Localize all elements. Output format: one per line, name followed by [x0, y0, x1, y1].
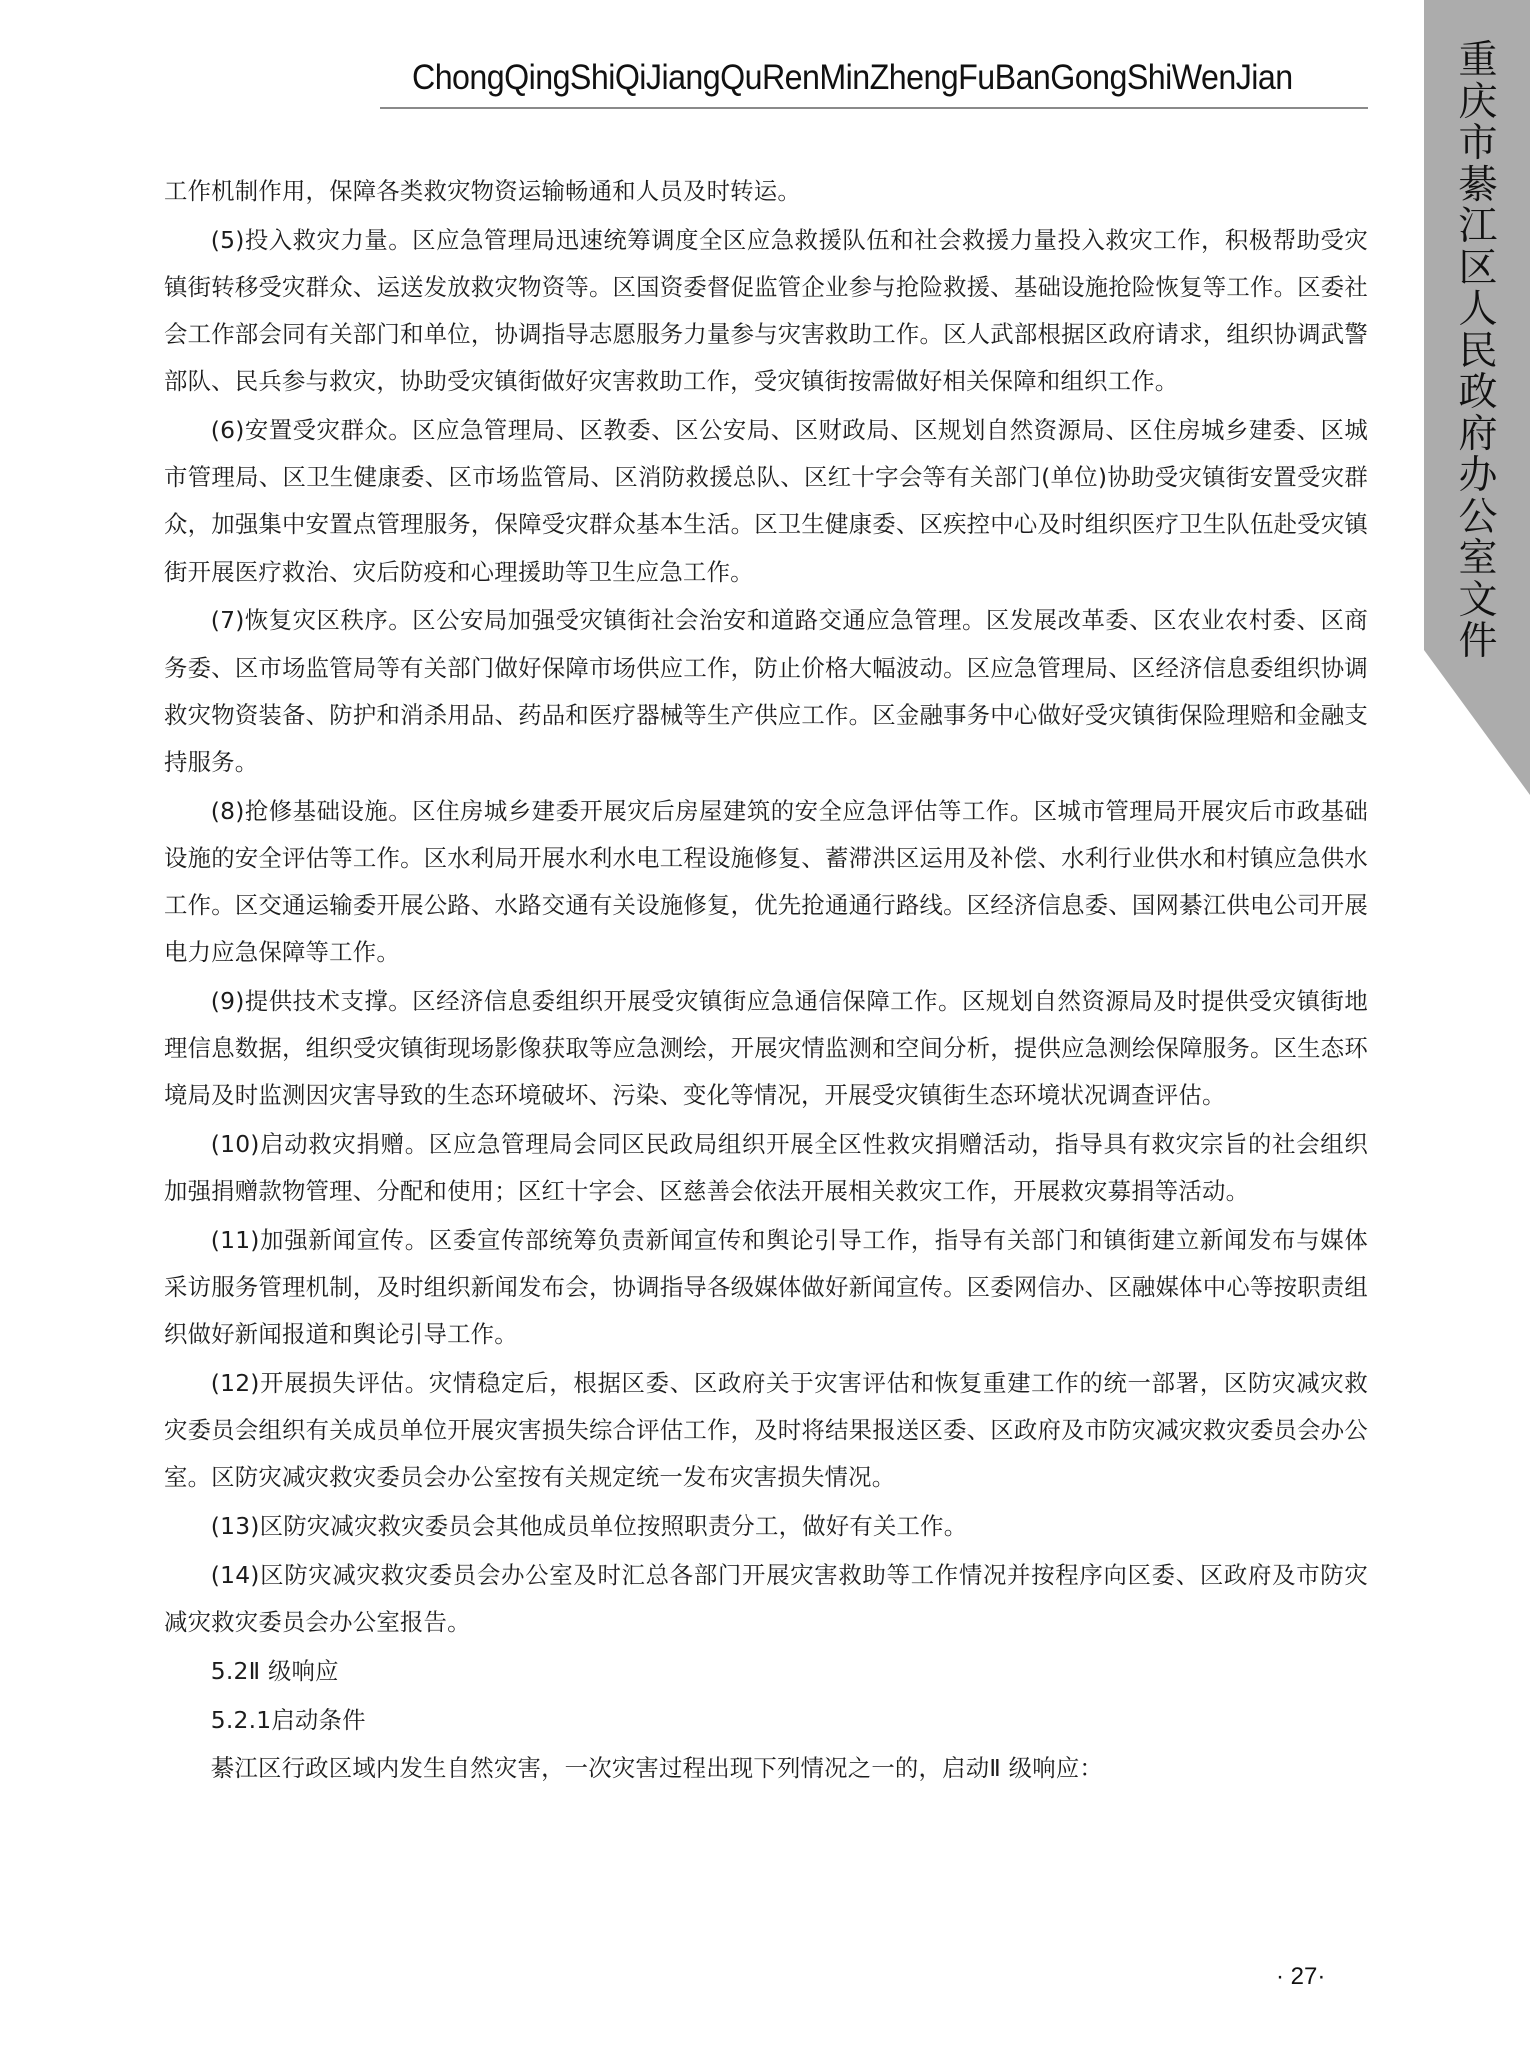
- paragraph-item-11: (11)加强新闻宣传。区委宣传部统筹负责新闻宣传和舆论引导工作，指导有关部门和镇…: [164, 1217, 1368, 1359]
- paragraph-item-8: (8)抢修基础设施。区住房城乡建委开展灾后房屋建筑的安全应急评估等工作。区城市管…: [164, 788, 1368, 977]
- paragraph-continuation: 工作机制作用，保障各类救灾物资运输畅通和人员及时转运。: [164, 168, 1368, 215]
- header-divider: [380, 107, 1368, 109]
- paragraph-item-9: (9)提供技术支撑。区经济信息委组织开展受灾镇街应急通信保障工作。区规划自然资源…: [164, 978, 1368, 1120]
- side-tab-label: 重庆市綦江区人民政府办公室文件: [1448, 40, 1508, 663]
- running-header-title: ChongQingShiQiJiangQuRenMinZhengFuBanGon…: [412, 58, 1295, 98]
- section-heading-5-2: 5.2Ⅱ 级响应: [164, 1648, 1368, 1695]
- document-body: 工作机制作用，保障各类救灾物资运输畅通和人员及时转运。 (5)投入救灾力量。区应…: [164, 168, 1368, 1794]
- paragraph-item-7: (7)恢复灾区秩序。区公安局加强受灾镇街社会治安和道路交通应急管理。区发展改革委…: [164, 597, 1368, 786]
- paragraph-item-13: (13)区防灾减灾救灾委员会其他成员单位按照职责分工，做好有关工作。: [164, 1503, 1368, 1550]
- paragraph-item-10: (10)启动救灾捐赠。区应急管理局会同区民政局组织开展全区性救灾捐赠活动，指导具…: [164, 1121, 1368, 1215]
- paragraph-item-5: (5)投入救灾力量。区应急管理局迅速统筹调度全区应急救援队伍和社会救援力量投入救…: [164, 217, 1368, 406]
- page-number: · 27·: [1276, 1963, 1325, 1991]
- paragraph-item-6: (6)安置受灾群众。区应急管理局、区教委、区公安局、区财政局、区规划自然资源局、…: [164, 407, 1368, 596]
- paragraph-start-conditions: 綦江区行政区域内发生自然灾害，一次灾害过程出现下列情况之一的，启动Ⅱ 级响应：: [164, 1745, 1368, 1792]
- paragraph-item-12: (12)开展损失评估。灾情稳定后，根据区委、区政府关于灾害评估和恢复重建工作的统…: [164, 1360, 1368, 1502]
- section-heading-5-2-1: 5.2.1启动条件: [164, 1697, 1368, 1744]
- paragraph-item-14: (14)区防灾减灾救灾委员会办公室及时汇总各部门开展灾害救助等工作情况并按程序向…: [164, 1552, 1368, 1646]
